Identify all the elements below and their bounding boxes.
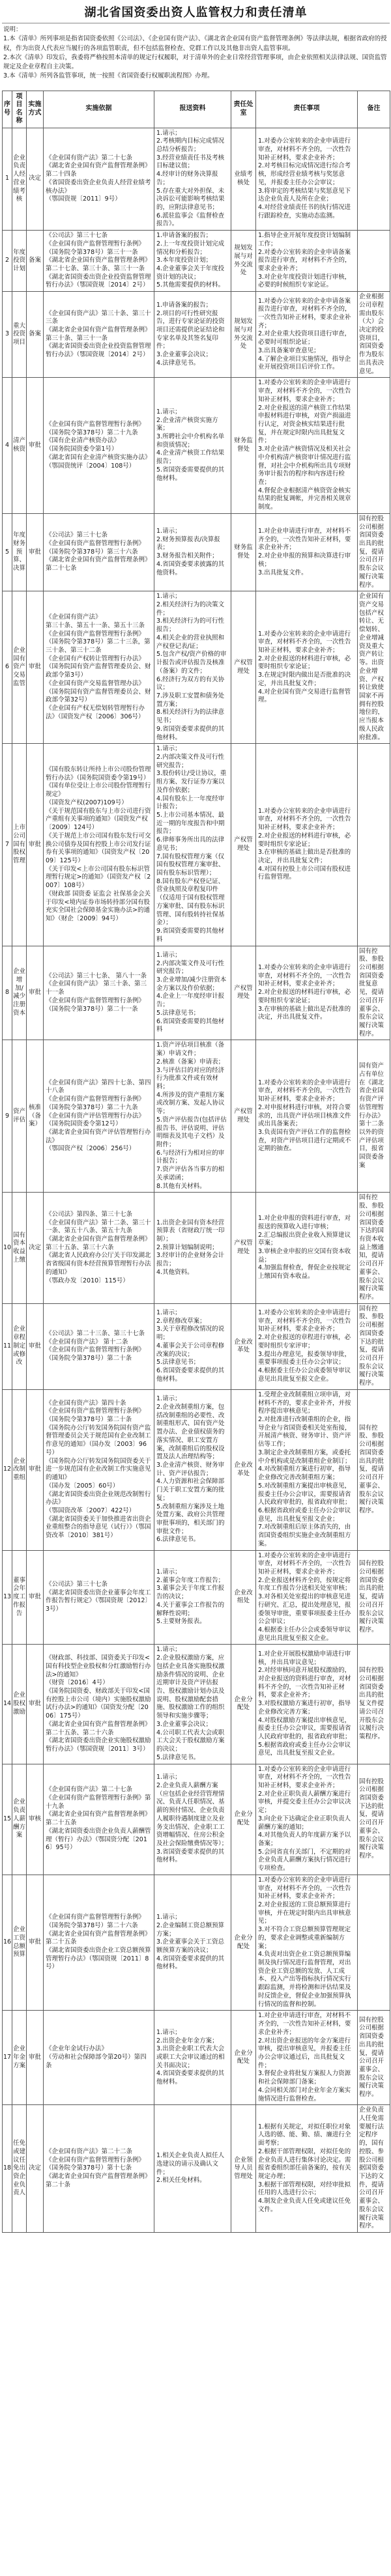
- cell-mode: 审批: [27, 744, 44, 946]
- cell-name: 企业工资总额预算: [12, 1875, 27, 2011]
- cell-materials: 1.请示； 2.出资企业年金方案； 3.出资企业职工代表大会或职工大会审议通过的…: [154, 2011, 231, 2105]
- cell-remark: 企业国有资产交易包括产权转让、无偿划转、企业增减资及重大资产转让等。出资企业增资…: [358, 591, 390, 744]
- table-row: 8企业增加/减少注册资本审批《公司法》第三十七条、 第八十一条 《企业国有资产法…: [3, 946, 390, 1040]
- table-row: 13董事会年度工作报告审批《公司法》第三十七条 《湖北省国资委出资企业董事会年度…: [3, 1550, 390, 1645]
- cell-no: 17: [3, 2011, 12, 2105]
- cell-basis: 《公司法》第三十七条 《湖北省国资委出资企业董事会年度工作报告暂行规定》（鄂国资…: [44, 1550, 154, 1645]
- cell-duties: 1.对委办公室转来的企业申请备案报告进行审查，对材料不齐全的，一次性告知补正材料…: [256, 292, 358, 378]
- cell-name: 企业股权激励: [12, 1645, 27, 1764]
- cell-name: 企业国有资产交易监管: [12, 591, 27, 744]
- cell-materials: 1.请示； 2.企业股权激励方案，应包括企业具备实施股权激励条件情况的说明、企业…: [154, 1645, 231, 1764]
- cell-name: 上市公司国有股权管理: [12, 744, 27, 946]
- cell-materials: 1.请示； 2.董事会年度工作报告； 3.董事会关于年度工作报告的决议； 4.关…: [154, 1550, 231, 1645]
- cell-mode: 备案: [27, 292, 44, 378]
- cell-name: 重大投资项目: [12, 292, 27, 378]
- document-page: 湖北省国资委出资人监管权力和责任清单 说明： 1.本《清单》所列事项是指省国资委…: [0, 0, 391, 2237]
- cell-name: 企业增加/减少注册资本: [12, 946, 27, 1040]
- table-header: 序号 项目名称 实施方式 实施依据 报送资料 责任处室 责任事项 备注: [3, 91, 390, 128]
- cell-basis: 《国有股东转让所持上市公司股份管理暂行办法》（国务院国资委令第19号） 《国有单…: [44, 744, 154, 946]
- cell-office: 企业改革处: [231, 1389, 256, 1550]
- cell-mode: 审批: [27, 378, 44, 514]
- cell-remark: [358, 378, 390, 514]
- cell-basis: 《企业国有资产监督管理暂行条例》 （国务院令第378号）第二十九条 《国有企业清…: [44, 378, 154, 514]
- table-row: 15企业负责人薪酬方案审核《企业国有资产法》第二十七条 《企业国有资产监督管理暂…: [3, 1764, 390, 1875]
- cell-mode: 核准（备案）: [27, 1040, 44, 1193]
- cell-materials: 1.申请备案的报告； 2.项目的可行性研究报告，进行专家论证的投资项目还需提供论…: [154, 292, 231, 378]
- cell-remark: [358, 1875, 390, 2011]
- cell-name: 企业负责人经营业绩考核: [12, 128, 27, 231]
- header-no: 序号: [3, 91, 12, 128]
- cell-remark: 国有控股、参股公司根据省国资委批复意见，提请公司召开董事会、股东会议履行决策程序…: [358, 946, 390, 1040]
- cell-mode: 审批: [27, 1875, 44, 2011]
- cell-materials: 1.申请备案的报告； 2.上一年度投资计划完成情况和分析报告； 3.本年度投资计…: [154, 231, 231, 292]
- table-row: 1企业负责人经营业绩考核决定《企业国有资产法》第二十七条 《湖北省企业国有资产监…: [3, 128, 390, 231]
- cell-duties: 1.对委办公室转来的企业申请进行审查，对材料不齐全的，一次性告知补正材料，要求企…: [256, 946, 358, 1040]
- cell-name: 年度投资计划: [12, 231, 27, 292]
- cell-mode: 决定: [27, 2105, 44, 2233]
- cell-name: 年度财务预算、决算: [12, 513, 27, 591]
- cell-office: 产权管理处: [231, 946, 256, 1040]
- cell-materials: 1.请示； 2.相关经济行为的决策文件； 3.相关经济行为的可行性报告； 4.相…: [154, 591, 231, 744]
- cell-no: 2: [3, 231, 12, 292]
- cell-no: 15: [3, 1764, 12, 1875]
- notes-label: 说明：: [3, 25, 388, 35]
- header-remark: 备注: [358, 91, 390, 128]
- cell-remark: 国有控股公司根据省国资委下达的批复，提请公司召开董事会、股东会议履行决策程序。: [358, 1764, 390, 1875]
- cell-materials: 1.请示； 2.企业清产核资实施方案； 3.所聘社会中介机构名单和资质情况； 4…: [154, 378, 231, 514]
- table-row: 16企业工资总额预算审批《企业国有资产监督管理暂行条例》 （国务院令第378号）…: [3, 1875, 390, 2011]
- table-row: 2年度投资计划备案《公司法》第三十七条 《企业国有资产监督管理暂行条例》 （国务…: [3, 231, 390, 292]
- cell-materials: 1.相关企业负责人拟任人选建议的请示及确认文件； 2.相关任免材料。: [154, 2105, 231, 2233]
- header-office: 责任处室: [231, 91, 256, 128]
- cell-duties: 1.对委办公室转来的企业申请进行审查，对材料不齐全的，一次性告知补正材料，要求企…: [256, 1875, 358, 2011]
- cell-name: 企业负责人薪酬方案: [12, 1764, 27, 1875]
- cell-no: 10: [3, 1193, 12, 1303]
- cell-remark: 企业负责人任免需要履行法定程序的，国有控股、参股公司根据国资委下达的文件，提请公…: [358, 2105, 390, 2233]
- page-title: 湖北省国资委出资人监管权力和责任清单: [2, 1, 390, 23]
- cell-name: 国有资本收益上缴: [12, 1193, 27, 1303]
- header-materials: 报送资料: [154, 91, 231, 128]
- cell-remark: 国有控股公司根据省国资委出具的批复文件提请公司召开股东会议履行决策程序。: [358, 1645, 390, 1764]
- cell-duties: 1.对委办公室转来的企业申请进行审查，对材料不齐全的，一次性告知补正材料，要求企…: [256, 1303, 358, 1389]
- cell-office: 业绩考核处: [231, 128, 256, 231]
- table-row: 18任免或建议任免出资企业负责人决定《企业国有资产法》第二十二条 《企业国有资产…: [3, 2105, 390, 2233]
- cell-duties: 1.对企业开展股权激励申请进行审核，并出具审议意见； 2.对经审核同意开展股权激…: [256, 1645, 358, 1764]
- cell-no: 6: [3, 591, 12, 744]
- cell-duties: 1.对企业申请进行审查，对材料不齐全的，一次性告知补正材料，要求企业补齐； 2.…: [256, 513, 358, 591]
- cell-basis: 《企业国有资产法》第二十七条 《企业国有资产监督管理暂行条例》第十九条 《湖北省…: [44, 1764, 154, 1875]
- cell-mode: 审批: [27, 591, 44, 744]
- cell-no: 16: [3, 1875, 12, 2011]
- cell-materials: 1.请示； 2.章程修改草案； 3.关于章程修改情况的说明； 4.董事会关于公司…: [154, 1303, 231, 1389]
- cell-duties: 1.对企业申请进行审查，对材料不齐全的，一次性告知补正材料，要求企业补齐； 2.…: [256, 2011, 358, 2105]
- cell-basis: 《公司法》第二十三条、第三十七条 《企业国有资产法》 第十二条 《企业国有资产监…: [44, 1303, 154, 1389]
- table-row: 11企业章程制定或修改审批《公司法》第二十三条、第三十七条 《企业国有资产法》 …: [3, 1303, 390, 1389]
- notes-block: 说明： 1.本《清单》所列事项是指省国资委依照《公司法》、《企业国有资产法》、《…: [2, 25, 390, 84]
- table-row: 12企业改制重组审批《企业国有资产法》第四十条 《企业国有资产监督管理暂行条例》…: [3, 1389, 390, 1550]
- cell-basis: 《企业年金试行办法》 （劳动和社会保障部令第20号）第四条: [44, 2011, 154, 2105]
- cell-basis: 《企业国有资产法》 第三十条、第五十一条、第五十三条 《企业国有资产监督管理暂行…: [44, 591, 154, 744]
- cell-mode: 审批: [27, 513, 44, 591]
- table-row: 5年度财务预算、决算审批《公司法》第三十七条 《企业国有资产监督管理暂行条例》 …: [3, 513, 390, 591]
- cell-mode: 审批: [27, 946, 44, 1040]
- cell-basis: 《公司法》第四条、第三十七条 《企业国有资产法》第十二条、第三十一条、第五十八条…: [44, 1193, 154, 1303]
- note-line-3: 3.本《清单》所列各监管事项，统一按照《省国资委行权履职流程图》办理。: [3, 72, 388, 81]
- cell-duties: 1.对委办公室转来的企业申请进行审查，对材料不齐全的，一次性告知补正材料，要求企…: [256, 744, 358, 946]
- responsibility-list-table: 序号 项目名称 实施方式 实施依据 报送资料 责任处室 责任事项 备注 1企业负…: [2, 91, 390, 2233]
- cell-name: 董事会年度工作报告: [12, 1550, 27, 1645]
- cell-materials: 1.请示； 2.内部决策文件及可行性研究报告； 3.股份转让/受让协议，重组方案…: [154, 744, 231, 946]
- cell-office: 产权管理处: [231, 1193, 256, 1303]
- table-header-row: 序号 项目名称 实施方式 实施依据 报送资料 责任处室 责任事项 备注: [3, 91, 390, 128]
- cell-basis: 《财政部、科技部、国资委关于印发<国有科技型企业股权和分红激励暂行办法>的通知》…: [44, 1645, 154, 1764]
- cell-mode: 备案: [27, 231, 44, 292]
- cell-mode: 审批: [27, 1550, 44, 1645]
- table-row: 6企业国有资产交易监管审批《企业国有资产法》 第三十条、第五十一条、第五十三条 …: [3, 591, 390, 744]
- title-divider: [2, 23, 390, 23]
- cell-duties: 1.对委办公室转来的企业申请进行审查，对材料不齐全的，一次性告知补正材料，要求企…: [256, 128, 358, 231]
- cell-materials: 1.请示； 2.企业负责人薪酬方案（应包括企业经营管理情况、负责人任职情况、基薪…: [154, 1764, 231, 1875]
- cell-office: 企业领导人员管理处: [231, 2105, 256, 2233]
- cell-mode: 审批: [27, 1389, 44, 1550]
- cell-materials: 1.请示； 2.企业编制工资总额预算方案； 3.企业董事会关于工资总额预算方案的…: [154, 1875, 231, 2011]
- cell-mode: 审批: [27, 1645, 44, 1764]
- cell-office: 企业分配处: [231, 2011, 256, 2105]
- table-row: 9资产评估核准（备案）《企业国有资产法》第四十七条、第四十八条 《企业国有资产监…: [3, 1040, 390, 1193]
- table-row: 10国有资本收益上缴决定《公司法》第四条、第三十七条 《企业国有资产法》第十二条…: [3, 1193, 390, 1303]
- cell-office: 企业分配处: [231, 1645, 256, 1764]
- cell-basis: 《公司法》第三十七条 《企业国有资产监督管理暂行条例》 （国务院令第378号）第…: [44, 231, 154, 292]
- table-row: 7上市公司国有股权管理审批《国有股东转让所持上市公司股份管理暂行办法》（国务院国…: [3, 744, 390, 946]
- cell-remark: [358, 744, 390, 946]
- cell-basis: 《企业国有资产法》第二十七条 《湖北省企业国有资产监督管理条例》 第二十四条 《…: [44, 128, 154, 231]
- cell-no: 7: [3, 744, 12, 946]
- header-duties: 责任事项: [256, 91, 358, 128]
- cell-basis: 《企业国有资产法》第二十二条 《企业国有资产监督管理暂行条例》 （国务院令第37…: [44, 2105, 154, 2233]
- cell-office: 企业改革处: [231, 1303, 256, 1389]
- cell-duties: 1.对委办公室转来的企业申请进行审查，对材料不齐全的，一次性告知补正材料，要求企…: [256, 1040, 358, 1193]
- cell-basis: 《公司法》第三十七条、 第八十一条 《企业国有资产法》 第三十条、第三十一条 《…: [44, 946, 154, 1040]
- cell-name: 企业改制重组: [12, 1389, 27, 1550]
- cell-office: 财务监督处: [231, 378, 256, 514]
- cell-no: 14: [3, 1645, 12, 1764]
- cell-office: 产权管理处: [231, 591, 256, 744]
- header-basis: 实施依据: [44, 91, 154, 128]
- cell-basis: 《公司法》第三十七条 《企业国有资产监督管理暂行条例》 （国务院令第378号）第…: [44, 513, 154, 591]
- cell-basis: 《企业国有资产法》第三十条、第三十三条 《湖北省企业国有资产监督管理条例》 第三…: [44, 292, 154, 378]
- cell-office: 产权管理处: [231, 744, 256, 946]
- cell-no: 12: [3, 1389, 12, 1550]
- cell-mode: 决定: [27, 1193, 44, 1303]
- cell-materials: 1.请示； 2.财务预算报表/决算报表； 3.财务报告相关附件； 4.省国资委要…: [154, 513, 231, 591]
- cell-duties: 1.对委办公室转来的企业申请进行审查，对材料不齐全的，一次性告知补正材料，要求企…: [256, 1764, 358, 1875]
- cell-duties: 1.指导企业开展年度投资计划编制工作； 2.对委办公室转来的企业申请备案报告进行…: [256, 231, 358, 292]
- cell-remark: 国有控股公司根据省国资委出具的批复，提请公司召开股东会议履行决策程序。: [358, 513, 390, 591]
- cell-no: 11: [3, 1303, 12, 1389]
- cell-remark: 国有控股、参股公司根据省国资委下达的批复，提请公司召开股东会议履行决策程序。: [358, 1303, 390, 1389]
- cell-name: 资产评估: [12, 1040, 27, 1193]
- cell-mode: 审批: [27, 2011, 44, 2105]
- cell-basis: 《企业国有资产法》第四十七条、第四十八条 《企业国有资产监督管理暂行条例》（国务…: [44, 1040, 154, 1193]
- cell-no: 3: [3, 292, 12, 378]
- cell-basis: 《企业国有资产监督管理暂行条例》 （国务院令第378号）第二十六条 《湖北省企业…: [44, 1875, 154, 2011]
- cell-remark: 国有控股公司根据省国资委出具的批复，提请公司召开股东会议履行决策程序。: [358, 1550, 390, 1645]
- cell-no: 4: [3, 378, 12, 514]
- list-table-body: 1企业负责人经营业绩考核决定《企业国有资产法》第二十七条 《湖北省企业国有资产监…: [3, 128, 390, 2233]
- header-name: 项目名称: [12, 91, 27, 128]
- cell-duties: 1.对委办公室转来的企业申请进行审查，对材料不齐全的，一次性告知补正材料，要求企…: [256, 1550, 358, 1645]
- cell-office: 财务监督处: [231, 513, 256, 591]
- cell-office: 规划发展与对外交流处: [231, 231, 256, 292]
- cell-name: 企业章程制定或修改: [12, 1303, 27, 1389]
- cell-no: 13: [3, 1550, 12, 1645]
- cell-basis: 《企业国有资产法》第四十条 《企业国有资产监督管理暂行条例》（国务院令第378号…: [44, 1389, 154, 1550]
- cell-remark: 国有控股公司根据省国资委出具的批复，提请公司召开董事会、股东会议履行决策程序。: [358, 2011, 390, 2105]
- cell-materials: 1.请示； 2.企业改制重组方案，包括改制重组的必要性、改制重组形式、国有资产处…: [154, 1389, 231, 1550]
- cell-office: 企业改组处: [231, 1550, 256, 1645]
- note-line-1: 1.本《清单》所列事项是指省国资委依照《公司法》、《企业国有资产法》、《湖北省企…: [3, 35, 388, 53]
- cell-no: 1: [3, 128, 12, 231]
- cell-materials: 1.出资企业国有资本经营预算表（省财政厅统一印制）； 2.预算计划编制说明； 3…: [154, 1193, 231, 1303]
- table-row: 14企业股权激励审批《财政部、科技部、国资委关于印发<国有科技型企业股权和分红激…: [3, 1645, 390, 1764]
- cell-remark: [358, 231, 390, 292]
- cell-remark: [358, 128, 390, 231]
- note-line-2: 2.本次《清单》印发后，我委将严格按照本清单的规定行权履职，对于清单外的企业日常…: [3, 53, 388, 72]
- cell-duties: 1.对委办公室转来的企业申请进行审查，对材料不齐全的，一次性告知补正材料，要求企…: [256, 378, 358, 514]
- cell-duties: 1.受理企业改制重组立项申请，对材料不齐的，要求企业补齐，并按程序提出审核意见；…: [256, 1389, 358, 1550]
- cell-no: 18: [3, 2105, 12, 2233]
- cell-mode: 审批: [27, 1303, 44, 1389]
- cell-materials: 1.资产评估项目核准（备案）申请文件； 2.核准（备案）申请表； 3.与评估目的…: [154, 1040, 231, 1193]
- cell-materials: 1.请示； 2.考核期内目标完成情况总结分析报告； 3.经营业绩责任书及考核目标…: [154, 128, 231, 231]
- cell-remark: 国有控股、参股公司根据省国资委出具的批复，提请公司召开董事会、股东会议履行决策程…: [358, 1389, 390, 1550]
- cell-remark: 企业根据公司章程需由股东（大）会决定的投资项目，省国资委作为股东出具表决意见。: [358, 292, 390, 378]
- cell-name: 清产核资: [12, 378, 27, 514]
- cell-duties: 1.对委办公室转来的企业申请进行审查，对材料不齐全的，一次性告知补正材料，要求企…: [256, 591, 358, 744]
- cell-materials: 1.请示； 2.内部决策文件及可行性研究报告； 3.企业增加/减少注册资本金方案…: [154, 946, 231, 1040]
- table-row: 17企业年金方案审批《企业年金试行办法》 （劳动和社会保障部令第20号）第四条1…: [3, 2011, 390, 2105]
- cell-duties: 1.对企业申报的资料进行审查，对报送的预算收入进行审核； 2.汇总编报出资企业收…: [256, 1193, 358, 1303]
- cell-name: 任免或建议任免出资企业负责人: [12, 2105, 27, 2233]
- cell-remark: 国有控股、参股公司根据省国资委下达的国有资本收益上缴通知，提请公司召开董事会、股…: [358, 1193, 390, 1303]
- cell-office: 企业分配处: [231, 1875, 256, 2011]
- cell-name: 企业年金方案: [12, 2011, 27, 2105]
- table-row: 3重大投资项目备案《企业国有资产法》第三十条、第三十三条 《湖北省企业国有资产监…: [3, 292, 390, 378]
- cell-duties: 1.根据有关规定，对拟任职位对象人选的德、能、勤、绩、廉进行全面考察； 2.根据…: [256, 2105, 358, 2233]
- table-row: 4清产核资审批《企业国有资产监督管理暂行条例》 （国务院令第378号）第二十九条…: [3, 378, 390, 514]
- cell-no: 5: [3, 513, 12, 591]
- cell-no: 8: [3, 946, 12, 1040]
- cell-no: 9: [3, 1040, 12, 1193]
- cell-mode: 审核: [27, 1764, 44, 1875]
- cell-mode: 决定: [27, 128, 44, 231]
- cell-office: 产权管理处: [231, 1040, 256, 1193]
- header-mode: 实施方式: [27, 91, 44, 128]
- cell-office: 规划发展与对外交流处: [231, 292, 256, 378]
- cell-office: 企业分配处: [231, 1764, 256, 1875]
- cell-remark: 国有资产占有单位在《湖北省企业国有资产评估管理暂行办法》第十二条以外的资产评估项…: [358, 1040, 390, 1193]
